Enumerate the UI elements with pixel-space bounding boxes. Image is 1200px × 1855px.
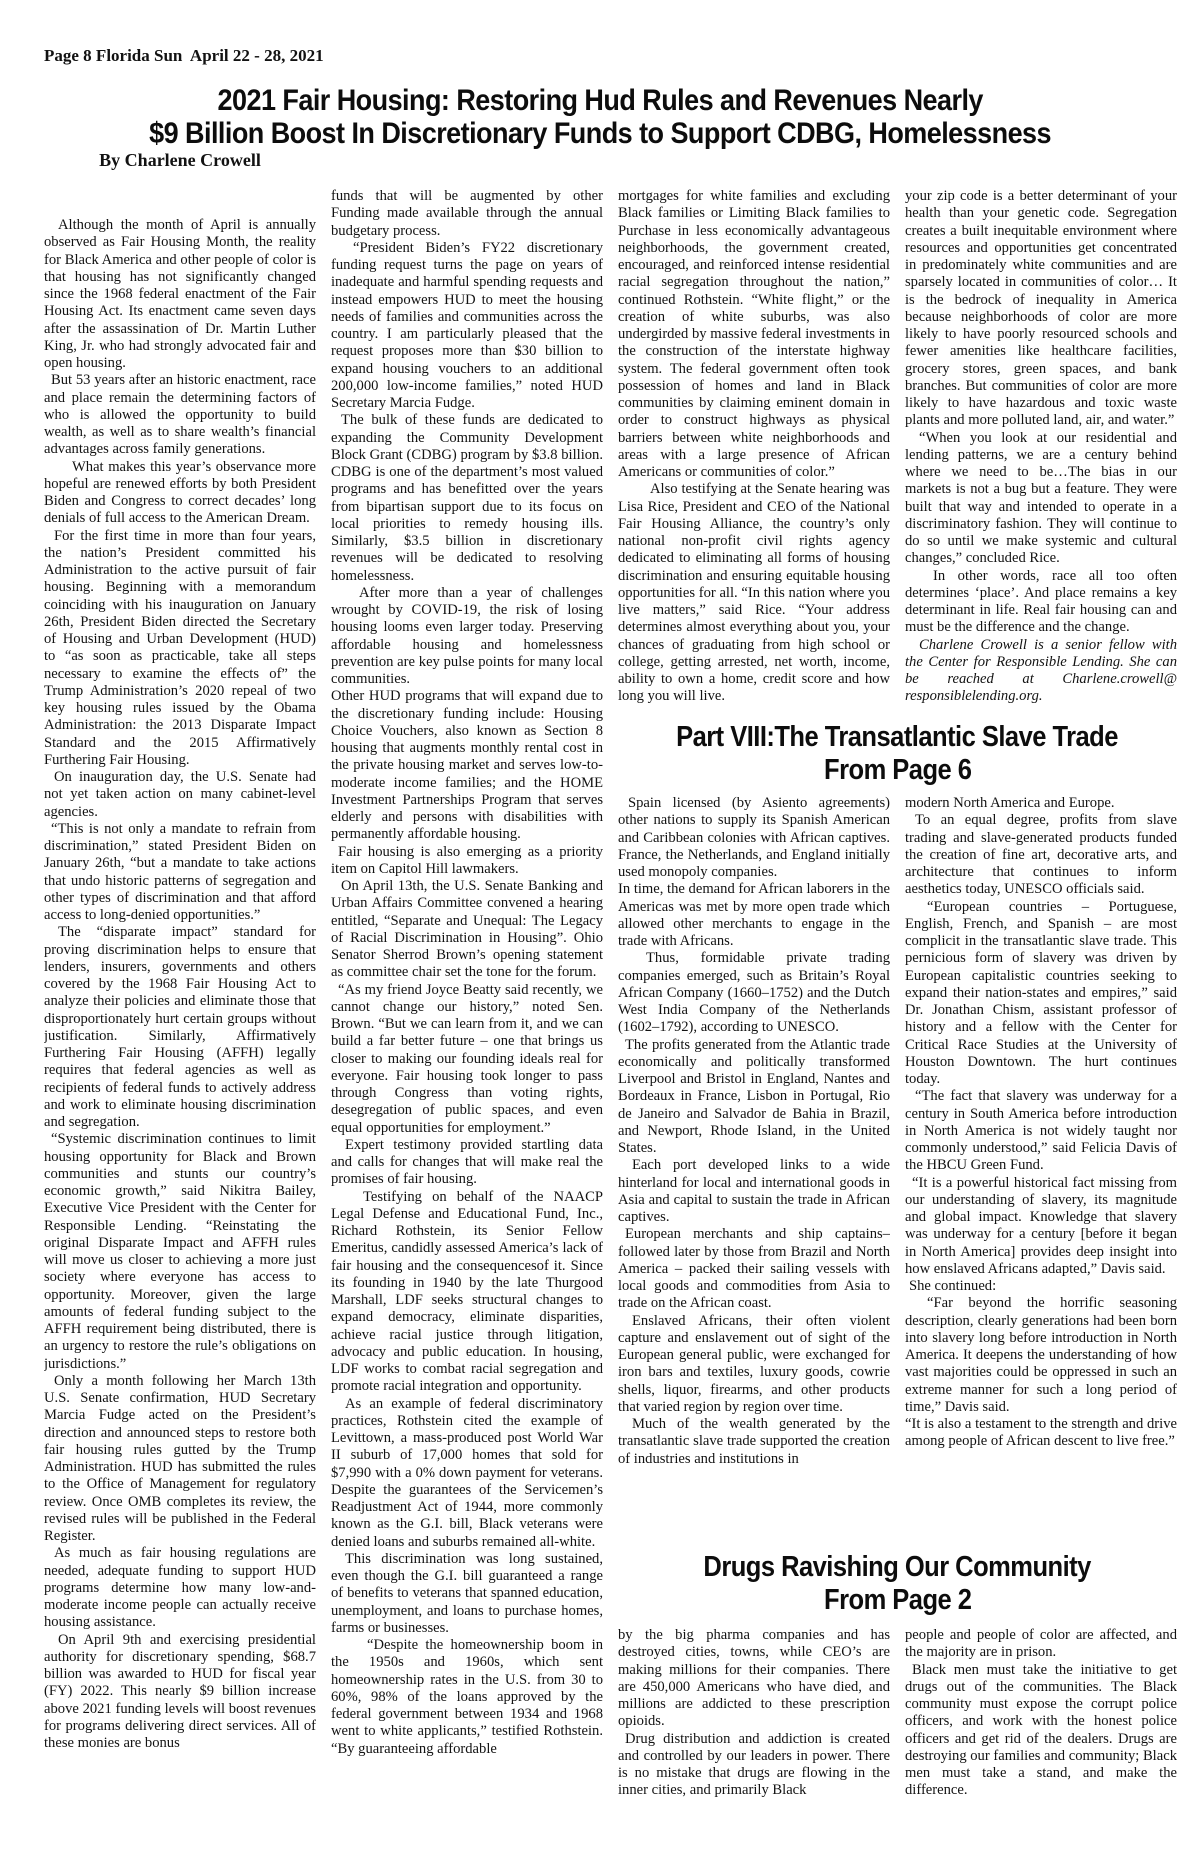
column-1-text: Although the month of April is annually … bbox=[44, 217, 316, 1752]
paragraph: “As my friend Joyce Beatty said recently… bbox=[331, 982, 603, 1137]
paragraph: What makes this year’s observance more h… bbox=[44, 459, 316, 528]
paragraph: people and people of color are affected,… bbox=[905, 1627, 1177, 1662]
right-half: mortgages for white families and excludi… bbox=[618, 150, 1177, 1822]
paragraph: your zip code is a better determinant of… bbox=[905, 188, 1177, 430]
paragraph: Only a month following her March 13th U.… bbox=[44, 1373, 316, 1546]
paragraph: This discrimination was long sustained, … bbox=[331, 1551, 603, 1637]
paragraph: In other words, race all too often deter… bbox=[905, 568, 1177, 637]
paragraph: European merchants and ship captains– fo… bbox=[618, 1226, 890, 1312]
slave-trade-section: Part VIII:The Transatlantic Slave Trade … bbox=[618, 721, 1177, 1545]
drugs-column-right: people and people of color are affected,… bbox=[905, 1627, 1177, 1839]
paragraph: On April 13th, the U.S. Senate Banking a… bbox=[331, 878, 603, 982]
drugs-column-left: by the big pharma companies and has dest… bbox=[618, 1627, 890, 1839]
paragraph: funds that will be augmented by other Fu… bbox=[331, 188, 603, 240]
slave-trade-headline-line1: Part VIII:The Transatlantic Slave Trade bbox=[677, 721, 1119, 754]
paragraph: Testifying on behalf of the NAACP Legal … bbox=[331, 1189, 603, 1396]
article-body: By Charlene Crowell Although the month o… bbox=[44, 150, 1177, 1822]
paragraph: “President Biden’s FY22 discretionary fu… bbox=[331, 240, 603, 413]
paragraph: On inauguration day, the U.S. Senate had… bbox=[44, 769, 316, 821]
paragraph: “European countries – Portuguese, Englis… bbox=[905, 899, 1177, 1089]
paragraph: Although the month of April is annually … bbox=[44, 217, 316, 372]
paragraph: Drug distribution and addiction is creat… bbox=[618, 1731, 890, 1800]
paragraph: Enslaved Africans, their often violent c… bbox=[618, 1313, 890, 1417]
paragraph: “The fact that slavery was underway for … bbox=[905, 1088, 1177, 1174]
paragraph: Each port developed links to a wide hint… bbox=[618, 1157, 890, 1226]
slave-trade-body: Spain licensed (by Asiento agreements) o… bbox=[618, 795, 1177, 1545]
paragraph: The “disparate impact” standard for prov… bbox=[44, 924, 316, 1131]
drugs-headline: Drugs Ravishing Our Community From Page … bbox=[618, 1551, 1177, 1617]
main-headline-line2: $9 Billion Boost In Discretionary Funds … bbox=[149, 117, 1051, 150]
paragraph: “Far beyond the horrific seasoning descr… bbox=[905, 1295, 1177, 1416]
drugs-headline-line1: Drugs Ravishing Our Community bbox=[704, 1551, 1091, 1584]
paragraph: mortgages for white families and excludi… bbox=[618, 188, 890, 481]
paragraph: modern North America and Europe. bbox=[905, 795, 1177, 812]
slave-trade-headline-line2: From Page 6 bbox=[824, 754, 971, 787]
article-column-4: your zip code is a better determinant of… bbox=[905, 188, 1177, 717]
paragraph: Thus, formidable private trading compani… bbox=[618, 950, 890, 1036]
paragraph: But 53 years after an historic enactment… bbox=[44, 372, 316, 458]
paragraph: Black men must take the initiative to ge… bbox=[905, 1662, 1177, 1800]
paragraph: In time, the demand for African laborers… bbox=[618, 881, 890, 950]
paragraph: To an equal degree, profits from slave t… bbox=[905, 812, 1177, 898]
paragraph: The bulk of these funds are dedicated to… bbox=[331, 412, 603, 585]
slave-trade-headline: Part VIII:The Transatlantic Slave Trade … bbox=[618, 721, 1177, 787]
paragraph: “This is not only a mandate to refrain f… bbox=[44, 821, 316, 925]
byline: By Charlene Crowell bbox=[44, 150, 316, 171]
paragraph: Fair housing is also emerging as a prior… bbox=[331, 844, 603, 879]
paragraph: For the first time in more than four yea… bbox=[44, 528, 316, 770]
main-headline: 2021 Fair Housing: Restoring Hud Rules a… bbox=[0, 84, 1200, 150]
paragraph: “It is a powerful historical fact missin… bbox=[905, 1175, 1177, 1279]
article-column-1: By Charlene Crowell Although the month o… bbox=[44, 150, 316, 1822]
paragraph: Spain licensed (by Asiento agreements) o… bbox=[618, 795, 890, 881]
paragraph: Expert testimony provided startling data… bbox=[331, 1137, 603, 1189]
paragraph: Much of the wealth generated by the tran… bbox=[618, 1416, 890, 1468]
drugs-body: by the big pharma companies and has dest… bbox=[618, 1627, 1177, 1839]
paragraph: “When you look at our residential and le… bbox=[905, 430, 1177, 568]
paragraph: Charlene Crowell is a senior fellow with… bbox=[905, 637, 1177, 706]
main-headline-line1: 2021 Fair Housing: Restoring Hud Rules a… bbox=[217, 84, 982, 117]
paragraph: As an example of federal discriminatory … bbox=[331, 1396, 603, 1551]
paragraph: As much as fair housing regulations are … bbox=[44, 1545, 316, 1631]
paragraph: “It is also a testament to the strength … bbox=[905, 1416, 1177, 1451]
article-column-3: mortgages for white families and excludi… bbox=[618, 188, 890, 717]
fair-housing-continuation: mortgages for white families and excludi… bbox=[618, 150, 1177, 717]
article-column-2: funds that will be augmented by other Fu… bbox=[331, 150, 603, 1822]
paragraph: Other HUD programs that will expand due … bbox=[331, 688, 603, 843]
page-masthead: Page 8 Florida Sun April 22 - 28, 2021 bbox=[44, 46, 324, 66]
paragraph: Also testifying at the Senate hearing wa… bbox=[618, 481, 890, 705]
paragraph: On April 9th and exercising presidential… bbox=[44, 1632, 316, 1753]
paragraph: After more than a year of challenges wro… bbox=[331, 585, 603, 689]
paragraph: by the big pharma companies and has dest… bbox=[618, 1627, 890, 1731]
slave-trade-column-right: modern North America and Europe.To an eq… bbox=[905, 795, 1177, 1545]
paragraph: “Despite the homeownership boom in the 1… bbox=[331, 1637, 603, 1758]
newspaper-page: Page 8 Florida Sun April 22 - 28, 2021 2… bbox=[0, 0, 1200, 1855]
drugs-section: Drugs Ravishing Our Community From Page … bbox=[618, 1551, 1177, 1839]
paragraph: She continued: bbox=[905, 1278, 1177, 1295]
slave-trade-column-left: Spain licensed (by Asiento agreements) o… bbox=[618, 795, 890, 1545]
drugs-headline-line2: From Page 2 bbox=[824, 1584, 971, 1617]
paragraph: “Systemic discrimination continues to li… bbox=[44, 1131, 316, 1373]
paragraph: The profits generated from the Atlantic … bbox=[618, 1037, 890, 1158]
